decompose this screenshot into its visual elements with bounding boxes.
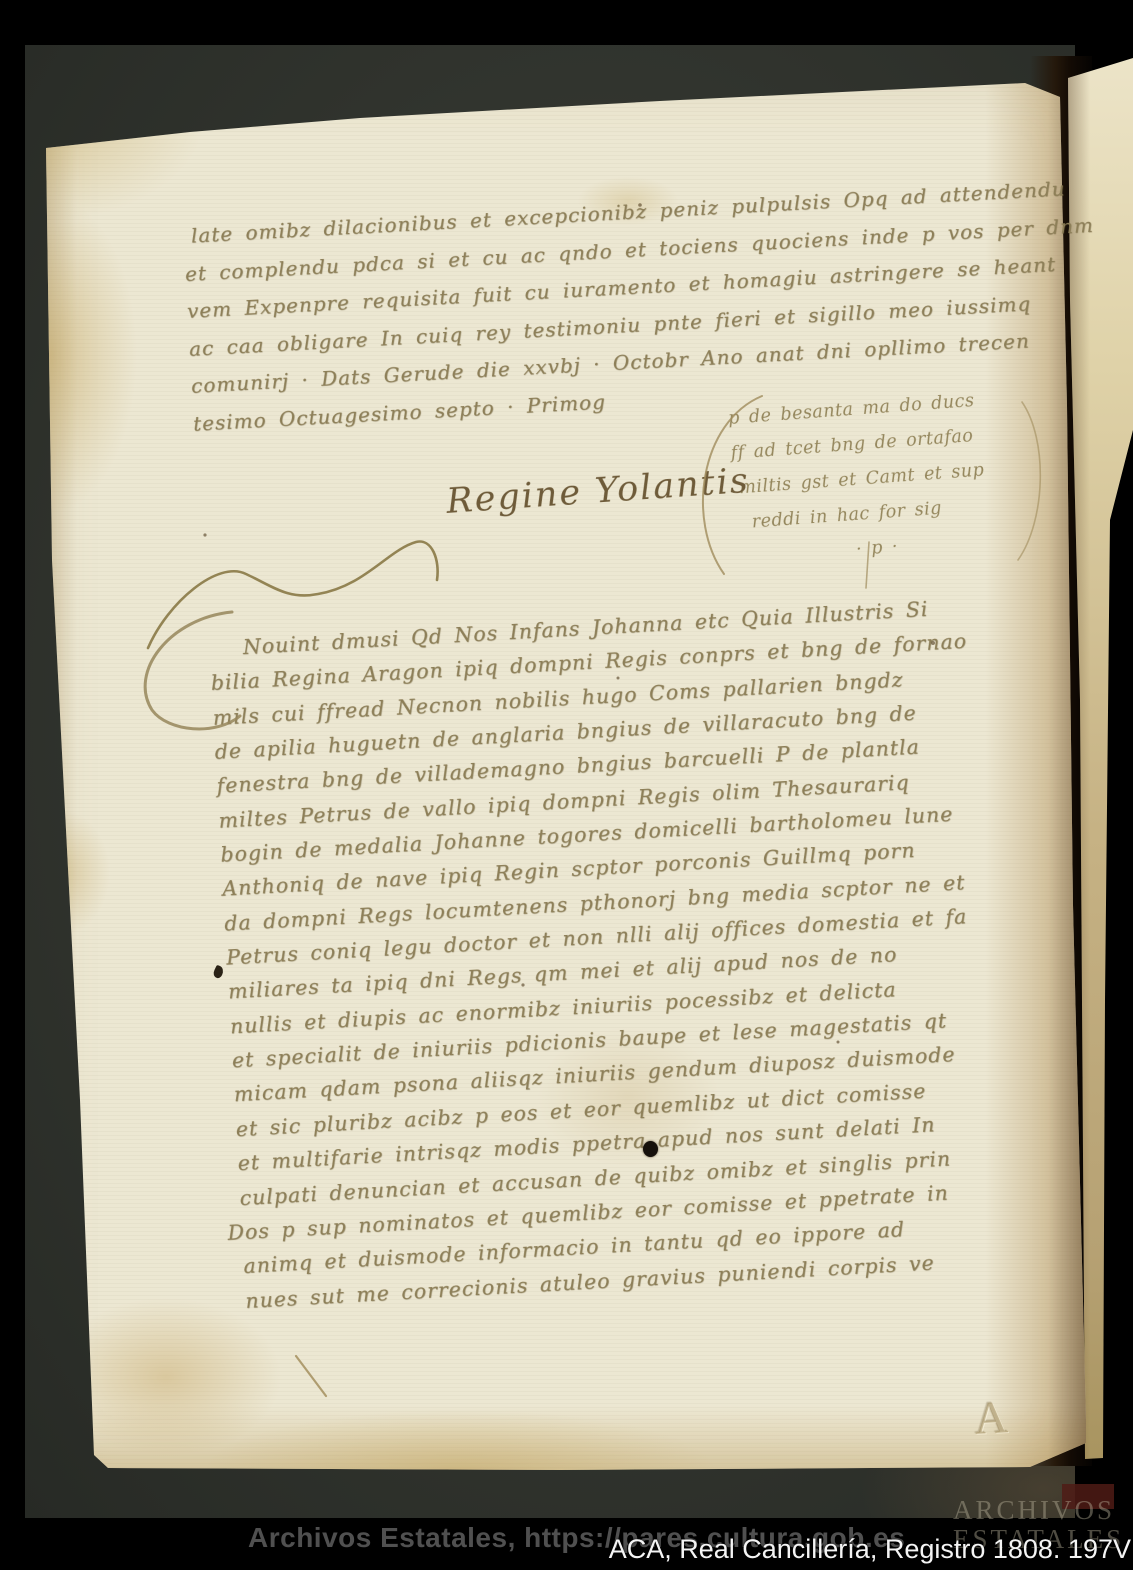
body-block: Nouint dmusi Qd Nos Infans Johanna etc Q… — [208, 590, 1002, 1318]
caption-text: ACA, Real Cancillería, Registro 1808. 19… — [609, 1534, 1131, 1565]
wormhole-dot — [643, 1141, 658, 1157]
registration-note: p de besanta ma do ducsff ad tcet bng de… — [727, 384, 991, 577]
logo-line-1: ARCHIVOS — [953, 1496, 1124, 1525]
blind-stamp: A — [953, 1376, 1029, 1458]
archival-photo-frame: { "overlay": { "watermark": "Archivos Es… — [0, 0, 1133, 1570]
